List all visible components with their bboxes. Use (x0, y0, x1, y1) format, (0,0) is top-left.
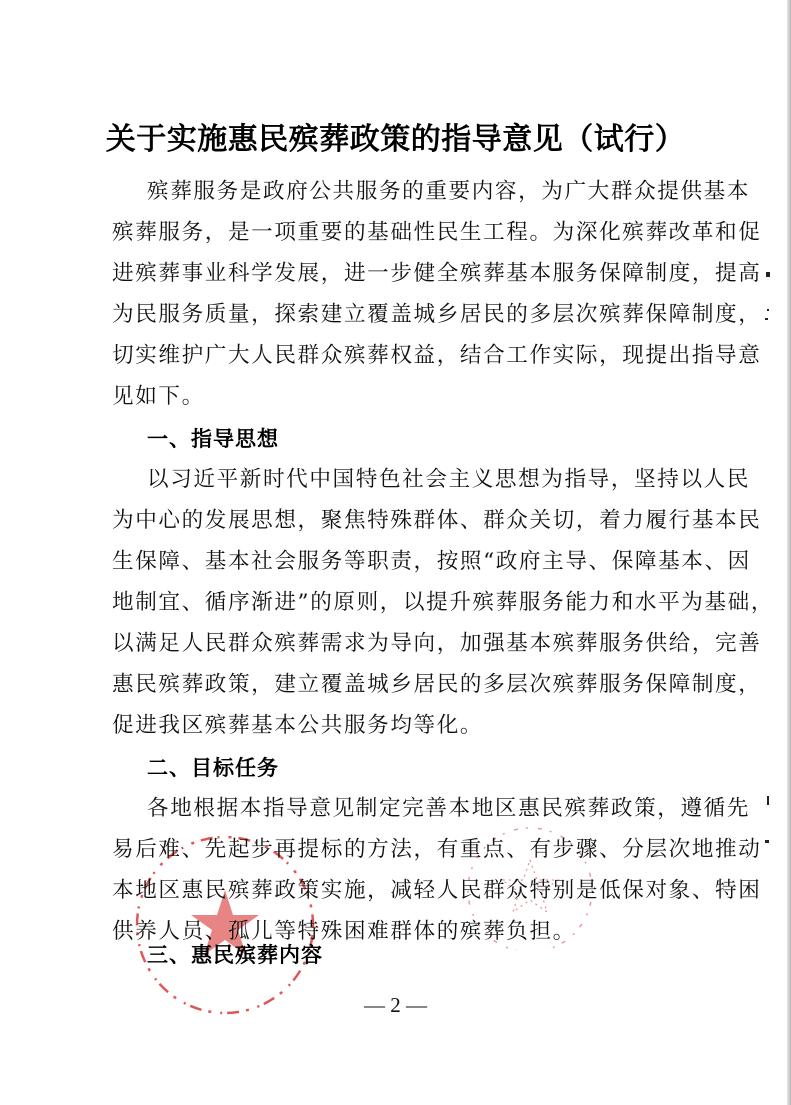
body-line: 易后难、先起步再提标的方法，有重点、有步骤、分层次地推动 (112, 838, 682, 862)
section-heading-guiding-ideology: 一、指导思想 (147, 427, 279, 451)
section-heading-goals-tasks: 二、目标任务 (147, 756, 279, 780)
body-line: 本地区惠民殡葬政策实施，减轻人民群众特别是低保对象、特困 (112, 879, 682, 903)
body-line: 为民服务质量，探索建立覆盖城乡居民的多层次殡葬保障制度， (112, 303, 682, 327)
body-line: 供养人员、孤儿等特殊困难群体的殡葬负担。 (112, 920, 682, 944)
section-heading-benefit-content: 三、惠民殡葬内容 (147, 943, 323, 967)
body-line: 惠民殡葬政策，建立覆盖城乡居民的多层次殡葬服务保障制度， (112, 673, 682, 697)
body-line: 以习近平新时代中国特色社会主义思想为指导，坚持以人民 (147, 468, 682, 492)
body-line: 生保障、基本社会服务等职责，按照“政府主导、保障基本、因 (112, 550, 682, 574)
body-line: 促进我区殡葬基本公共服务均等化。 (112, 714, 682, 738)
body-line: 殡葬服务，是一项重要的基础性民生工程。为深化殡葬改革和促 (112, 221, 682, 245)
page-edge (787, 0, 791, 1105)
scan-speck (765, 840, 769, 843)
scan-speck (766, 272, 770, 277)
body-line: 殡葬服务是政府公共服务的重要内容，为广大群众提供基本 (147, 180, 682, 204)
page-number: — 2 — (0, 993, 791, 1018)
body-line: 见如下。 (112, 385, 682, 409)
body-line: 为中心的发展思想，聚焦特殊群体、群众关切，着力履行基本民 (112, 509, 682, 533)
body-line: 切实维护广大人民群众殡葬权益，结合工作实际，现提出指导意 (112, 344, 682, 368)
body-line: 地制宜、循序渐进”的原则，以提升殡葬服务能力和水平为基础， (112, 591, 682, 615)
body-line: 各地根据本指导意见制定完善本地区惠民殡葬政策，遵循先 (147, 797, 682, 821)
scan-speck (767, 796, 769, 805)
scan-speck (765, 318, 768, 320)
body-line: 以满足人民群众殡葬需求为导向，加强基本殡葬服务供给，完善 (112, 632, 682, 656)
body-line: 进殡葬事业科学发展，进一步健全殡葬基本服务保障制度，提高 (112, 262, 682, 286)
scan-speck (767, 309, 769, 311)
document-title: 关于实施惠民殡葬政策的指导意见（试行） (0, 114, 791, 158)
